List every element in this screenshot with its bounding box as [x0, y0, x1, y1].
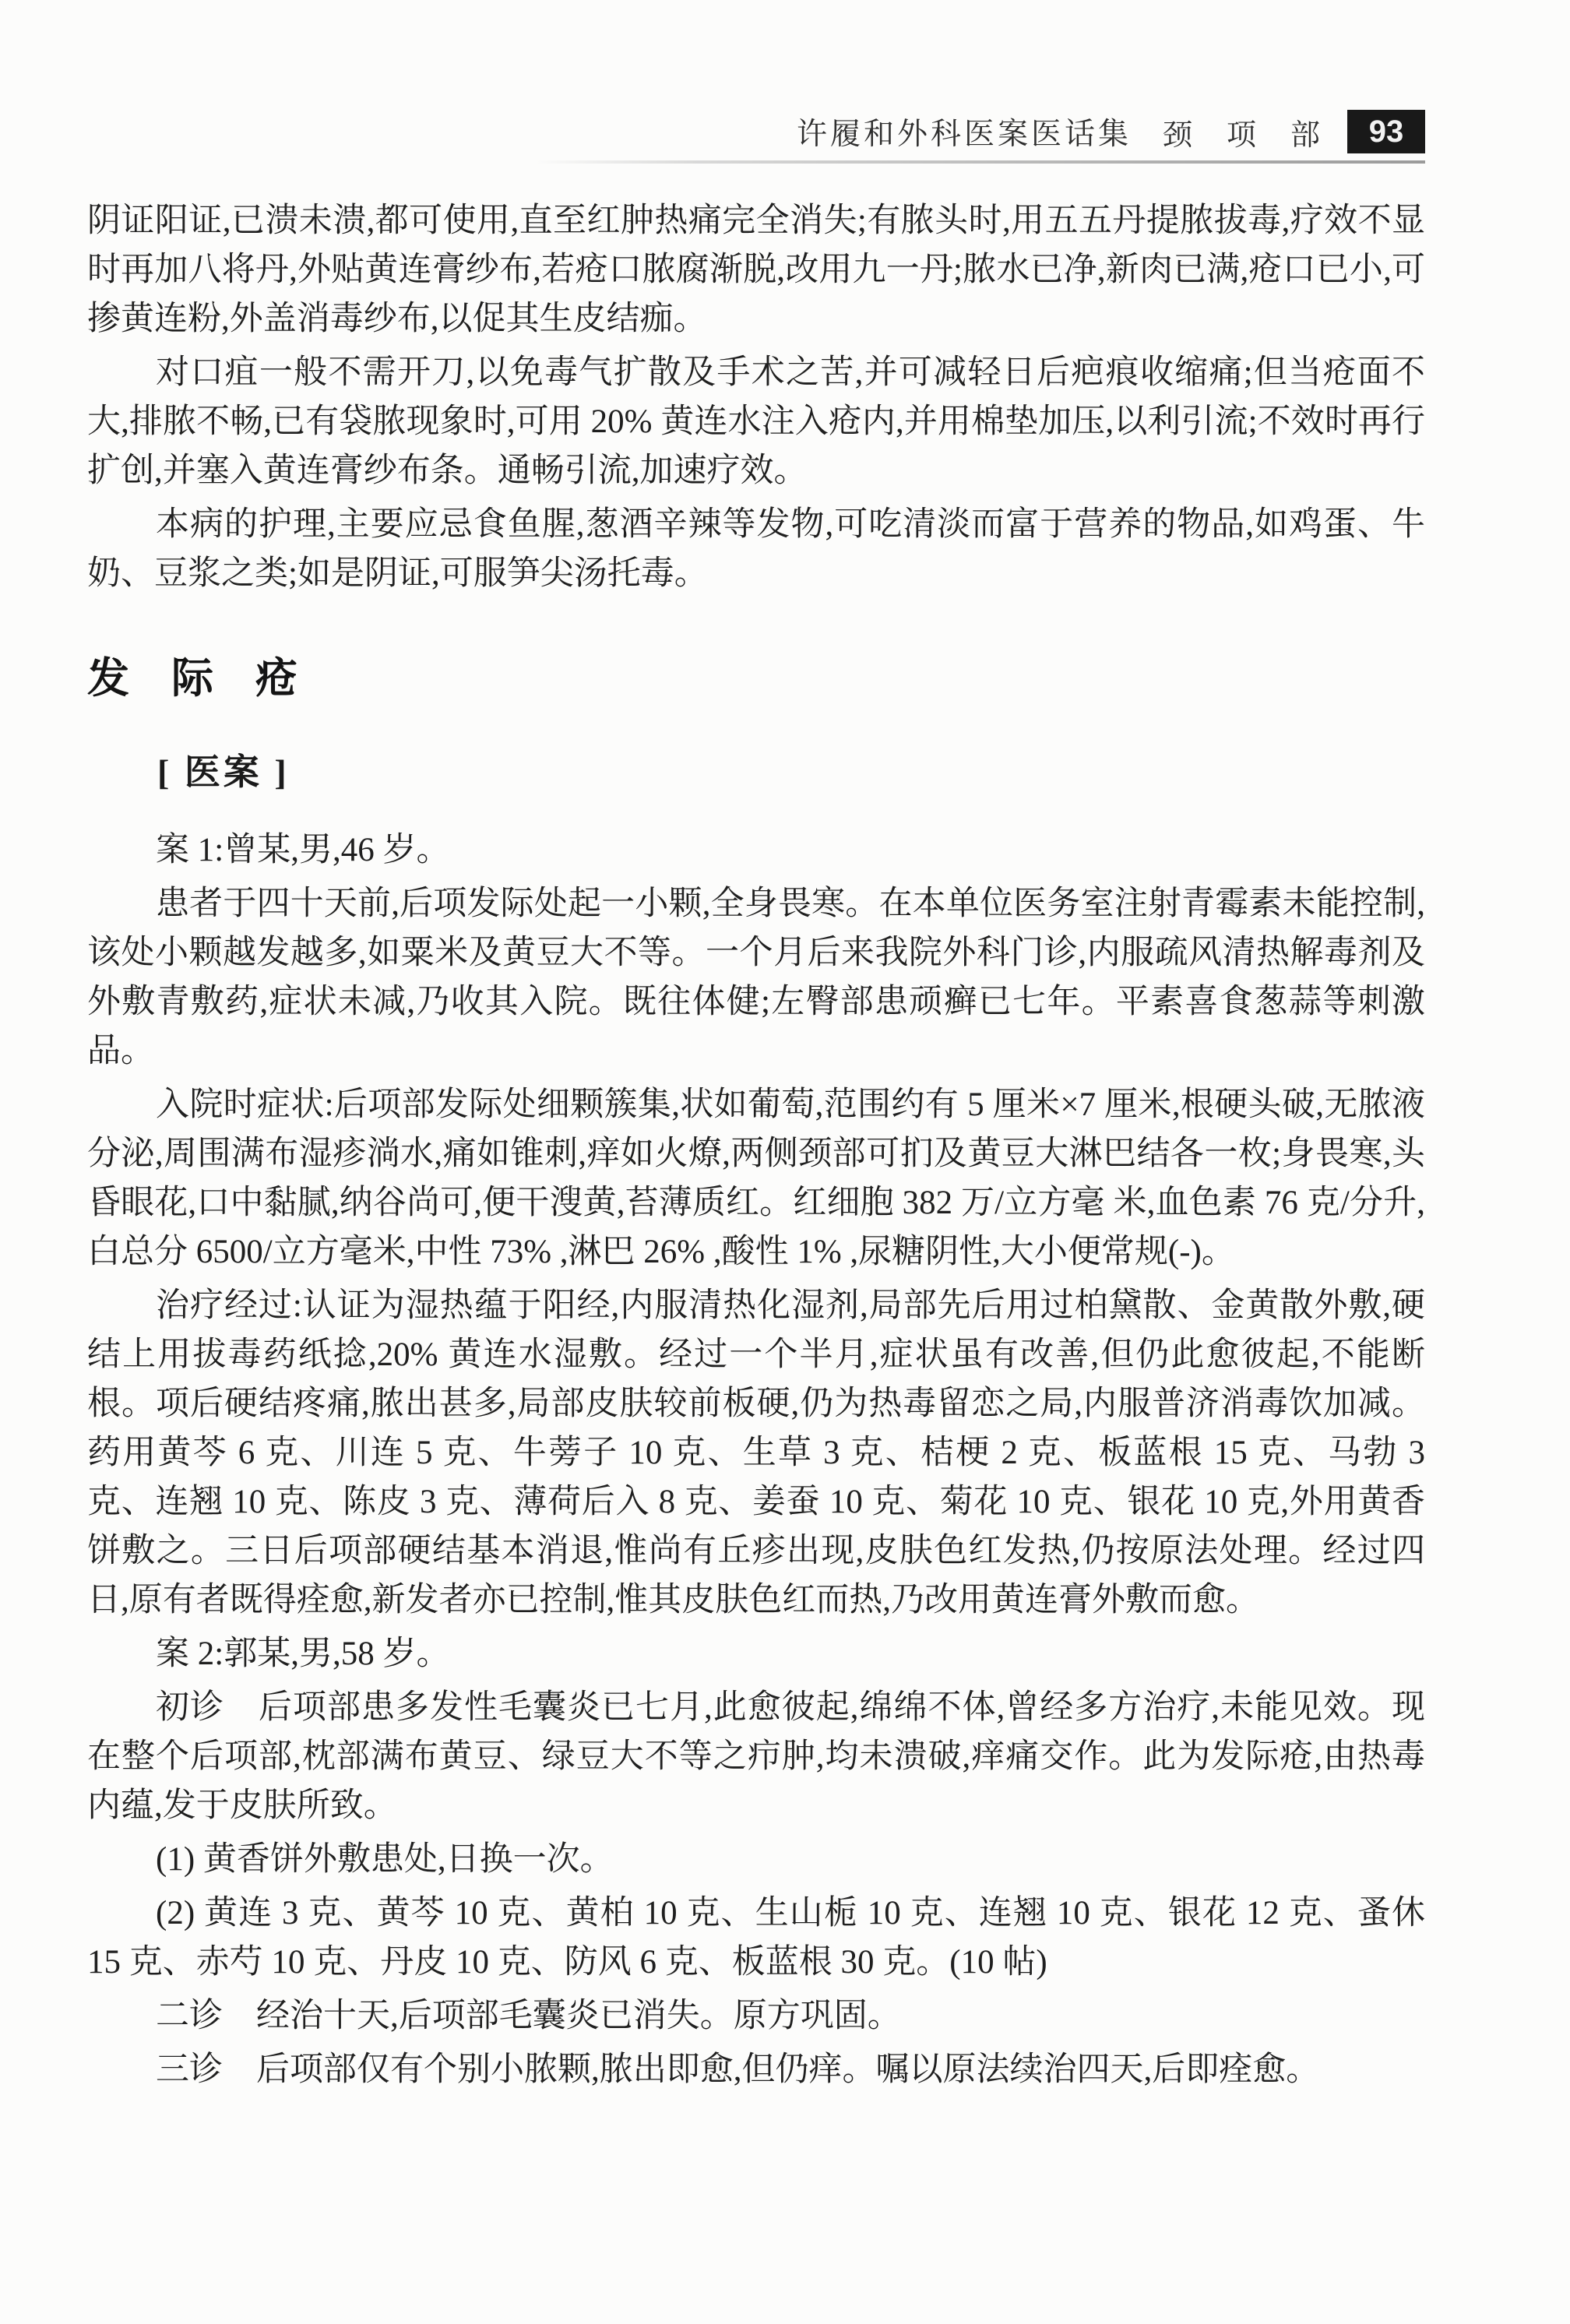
section-title: 发 际 疮: [87, 651, 1425, 706]
page-content: 阴证阳证,已溃未溃,都可使用,直至红肿热痛完全消失;有脓头时,用五五丹提脓拔毒,…: [87, 196, 1425, 2099]
case1-admission-findings: 入院时症状:后项部发际处细颗簇集,状如葡萄,范围约有 5 厘米×7 厘米,根硬头…: [87, 1080, 1425, 1276]
page-header: 许履和外科医案医话集 颈 项 部 93: [797, 109, 1425, 154]
page-number-badge: 93: [1347, 110, 1425, 153]
header-divider: [536, 160, 1425, 164]
book-title: 许履和外科医案医话集: [797, 110, 1132, 153]
intro-paragraph-1: 阴证阳证,已溃未溃,都可使用,直至红肿热痛完全消失;有脓头时,用五五丹提脓拔毒,…: [87, 196, 1425, 343]
case2-first-visit: 初诊 后项部患多发性毛囊炎已七月,此愈彼起,绵绵不体,曾经多方治疗,未能见效。现…: [87, 1683, 1425, 1830]
intro-paragraph-3: 本病的护理,主要应忌食鱼腥,葱酒辛辣等发物,可吃清淡而富于营养的物品,如鸡蛋、牛…: [87, 500, 1425, 598]
intro-paragraph-2: 对口疽一般不需开刀,以免毒气扩散及手术之苦,并可减轻日后疤痕收缩痛;但当疮面不大…: [87, 348, 1425, 495]
prescription-item-1: (1) 黄香饼外敷患处,日换一次。: [87, 1835, 1425, 1884]
prescription-item-2: (2) 黄连 3 克、黄芩 10 克、黄柏 10 克、生山栀 10 克、连翘 1…: [87, 1889, 1425, 1987]
case2-third-visit: 三诊 后项部仅有个别小脓颗,脓出即愈,但仍痒。嘱以原法续治四天,后即痊愈。: [87, 2045, 1425, 2094]
page-number: 93: [1369, 114, 1404, 150]
case1-treatment-course: 治疗经过:认证为湿热蕴于阳经,内服清热化湿剂,局部先后用过柏黛散、金黄散外敷,硬…: [87, 1281, 1425, 1625]
chapter-label: 颈 项 部: [1163, 111, 1322, 153]
case2-second-visit: 二诊 经治十天,后项部毛囊炎已消失。原方巩固。: [87, 1991, 1425, 2041]
case2-heading: 案 2:郭某,男,58 岁。: [87, 1629, 1425, 1678]
case-section-label: [ 医案 ]: [87, 751, 1425, 794]
case1-history: 患者于四十天前,后项发际处起一小颗,全身畏寒。在本单位医务室注射青霉素未能控制,…: [87, 879, 1425, 1076]
book-page: 许履和外科医案医话集 颈 项 部 93 阴证阳证,已溃未溃,都可使用,直至红肿热…: [0, 0, 1570, 2324]
case1-heading: 案 1:曾某,男,46 岁。: [87, 826, 1425, 875]
